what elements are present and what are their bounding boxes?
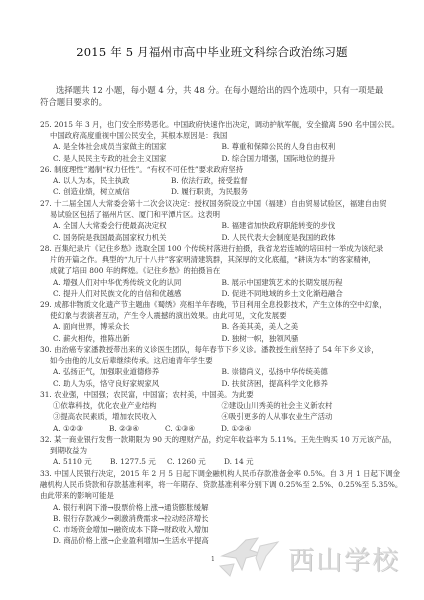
question-stem: 成就了培田 800 年的辉煌。《记住乡愁》的拍摄旨在 (40, 265, 390, 276)
statement-4: ④吸引更多的人从事农业生产活动 (222, 411, 391, 422)
question-stem: 中国政府高度重视中国公民安全，其根本原因是：我国 (40, 130, 390, 141)
instructions-line-2: 符合题目要求的。 (40, 96, 385, 108)
option-d: D. 促进不同地域的乡土文化渐趋融合 (222, 288, 391, 299)
option-a: A. 5110 元 (53, 456, 110, 467)
question-26: 26. 制度理性”遏制“权力任性”。“有权不可任性”要求政府坚持 A. 以人为本… (40, 164, 390, 198)
question-stem: 融机构人民币贷款和存款基准利率，将一年期存、贷款基准利率分别下调 0.25%至 … (40, 479, 390, 490)
option-b: B. 尊重和保障公民的人身自由权利 (222, 141, 391, 152)
option-b: B. 各美其美，美人之美 (222, 321, 391, 332)
question-stem: 31. 农业强，中国强；农民富，中国富；农村美，中国美。为此要 (40, 389, 390, 400)
question-stem: 如今由他的儿女后辈继续传承。这启迪青年学生要 (40, 355, 390, 366)
watermark-logo: 西山学校 (216, 536, 416, 580)
question-stem: 25. 2015 年 3 月，也门安全形势恶化。中国政府快速作出决定，调动护航军… (40, 119, 390, 130)
option-c: C. 提升人们对民族文化的自信和优越感 (53, 288, 222, 299)
statement-3: ③提高农民素质，增加农民收入 (53, 411, 222, 422)
question-stem: 使幻象与表演者互动，产生令人震撼的演出效果。由此可见，文化发展要 (40, 310, 390, 321)
option-c: C. 薪火相传，推陈出新 (53, 333, 222, 344)
question-stem: 29. 成都非物质文化遗产节主题曲《蜀绣》亮相羊年春晚，节目利用全息投影技术，产… (40, 299, 390, 310)
option-d: D. 人民代表大会制度是我国的政体 (222, 232, 391, 243)
question-stem: 28. 百集纪录片《记住乡愁》选取全国 100 个传统村落进行拍摄，我省龙岩连城… (40, 243, 390, 254)
option-d: D. 扶贫济困，提高科学文化修养 (222, 378, 391, 389)
statement-1: ①依靠科技，优化农业产业结构 (53, 400, 222, 411)
option-d: D. 独树一帜，独领风骚 (222, 333, 391, 344)
instructions-line-1: 选择题共 12 小题，每小题 4 分，共 48 分。在每小题给出的四个选项中，只… (40, 84, 385, 96)
option-a: A. 是全体社会成员当家做主的国家 (53, 141, 222, 152)
question-stem: 到期收益为 (40, 445, 390, 456)
question-stem: 33. 中国人民银行决定，2015 年 2 月 5 日起下调金融机构人民币存款准… (40, 468, 390, 479)
option-a: A. 增强人们对中华优秀传统文化的认同 (53, 277, 222, 288)
option-b: B. 福建省加快政府职能转变的步伐 (222, 220, 391, 231)
option-c: C. 助人为乐，恪守良好家规家风 (53, 378, 222, 389)
question-25: 25. 2015 年 3 月，也门安全形势恶化。中国政府快速作出决定，调动护航军… (40, 119, 390, 164)
option-c: C. 市场资金增加→融资成本下降→财政收入增加 (40, 524, 390, 535)
statement-2: ②建设山川秀美的社会主义新农村 (222, 400, 391, 411)
instructions: 选择题共 12 小题，每小题 4 分，共 48 分。在每小题给出的四个选项中，只… (40, 84, 385, 108)
star-logo-icon (216, 536, 286, 580)
option-a: A. 以人为本，民主执政 (53, 175, 171, 186)
option-a: A. 银行利润下滑→股票价格上涨→通货膨胀缓解 (40, 502, 390, 513)
question-stem: 易试验区包括了福州片区、厦门和平潭片区。这表明 (40, 209, 390, 220)
question-29: 29. 成都非物质文化遗产节主题曲《蜀绣》亮相羊年春晚，节目利用全息投影技术，产… (40, 299, 390, 344)
question-32: 32. 某一商业银行发售一款期限为 90 天的理财产品，约定年收益率为 5.11… (40, 434, 390, 468)
option-d: D. 履行职责，为民服务 (171, 186, 289, 197)
question-33: 33. 中国人民银行决定，2015 年 2 月 5 日起下调金融机构人民币存款准… (40, 468, 390, 546)
question-28: 28. 百集纪录片《记住乡愁》选取全国 100 个传统村落进行拍摄，我省龙岩连城… (40, 243, 390, 299)
option-c: C. 1260 元 (167, 456, 224, 467)
option-c: C. ①③④ (165, 423, 221, 434)
option-b: B. 依法行政，接受监督 (171, 175, 289, 186)
option-b: B. 展示中国建筑艺术的长期发展历程 (222, 277, 391, 288)
question-30: 30. 由治癌专家潘教授带出来的义诊医生团队，每年春节下乡义诊。潘教授生前坚持了… (40, 344, 390, 389)
page-title: 2015 年 5 月福州市高中毕业班文科综合政治练习题 (0, 44, 424, 60)
option-a: A. 面向世界，博采众长 (53, 321, 222, 332)
question-stem: 由此带来的影响可能是 (40, 490, 390, 501)
question-31: 31. 农业强，中国强；农民富，中国富；农村美，中国美。为此要 ①依靠科技，优化… (40, 389, 390, 434)
option-c: C. 国务院是我国最高国家权力机关 (53, 232, 222, 243)
question-stem: 32. 某一商业银行发售一款期限为 90 天的理财产品，约定年收益率为 5.11… (40, 434, 390, 445)
option-b: B. 1277.5 元 (110, 456, 167, 467)
option-a: A. 弘扬正气，加强职业道德修养 (53, 366, 222, 377)
question-27: 27. 十二届全国人大常委会第十二次会议决定：授权国务院设立中国（福建）自由贸易… (40, 198, 390, 243)
exam-page: 2015 年 5 月福州市高中毕业班文科综合政治练习题 选择题共 12 小题，每… (0, 0, 424, 600)
question-stem: 27. 十二届全国人大常委会第十二次会议决定：授权国务院设立中国（福建）自由贸易… (40, 198, 390, 209)
option-d: D. ①②④ (221, 423, 277, 434)
option-b: B. ②③④ (109, 423, 165, 434)
option-c: C. 创造业绩，树立威信 (53, 186, 171, 197)
question-stem: 30. 由治癌专家潘教授带出来的义诊医生团队，每年春节下乡义诊。潘教授生前坚持了… (40, 344, 390, 355)
option-c: C. 是人民民主专政的社会主义国家 (53, 153, 222, 164)
question-stem: 片的开篇之作。典型的“九厅十八井”客家明清建筑群，其深厚的文化底蕴，“耕读为本”… (40, 254, 390, 265)
page-number: 1 (211, 556, 215, 563)
option-d: D. 14 元 (224, 456, 281, 467)
option-b: B. 崇德尚义，弘扬中华传统美德 (222, 366, 391, 377)
question-stem: 26. 制度理性”遏制“权力任性”。“有权不可任性”要求政府坚持 (40, 164, 390, 175)
option-b: B. 银行存款减少→刺激消费需求→拉动经济增长 (40, 513, 390, 524)
watermark-text: 西山学校 (288, 540, 400, 577)
option-d: D. 综合国力增强，国际地位的提升 (222, 153, 391, 164)
option-a: A. 全国人大常委会行使最高决定权 (53, 220, 222, 231)
option-a: A. ①②③ (53, 423, 109, 434)
